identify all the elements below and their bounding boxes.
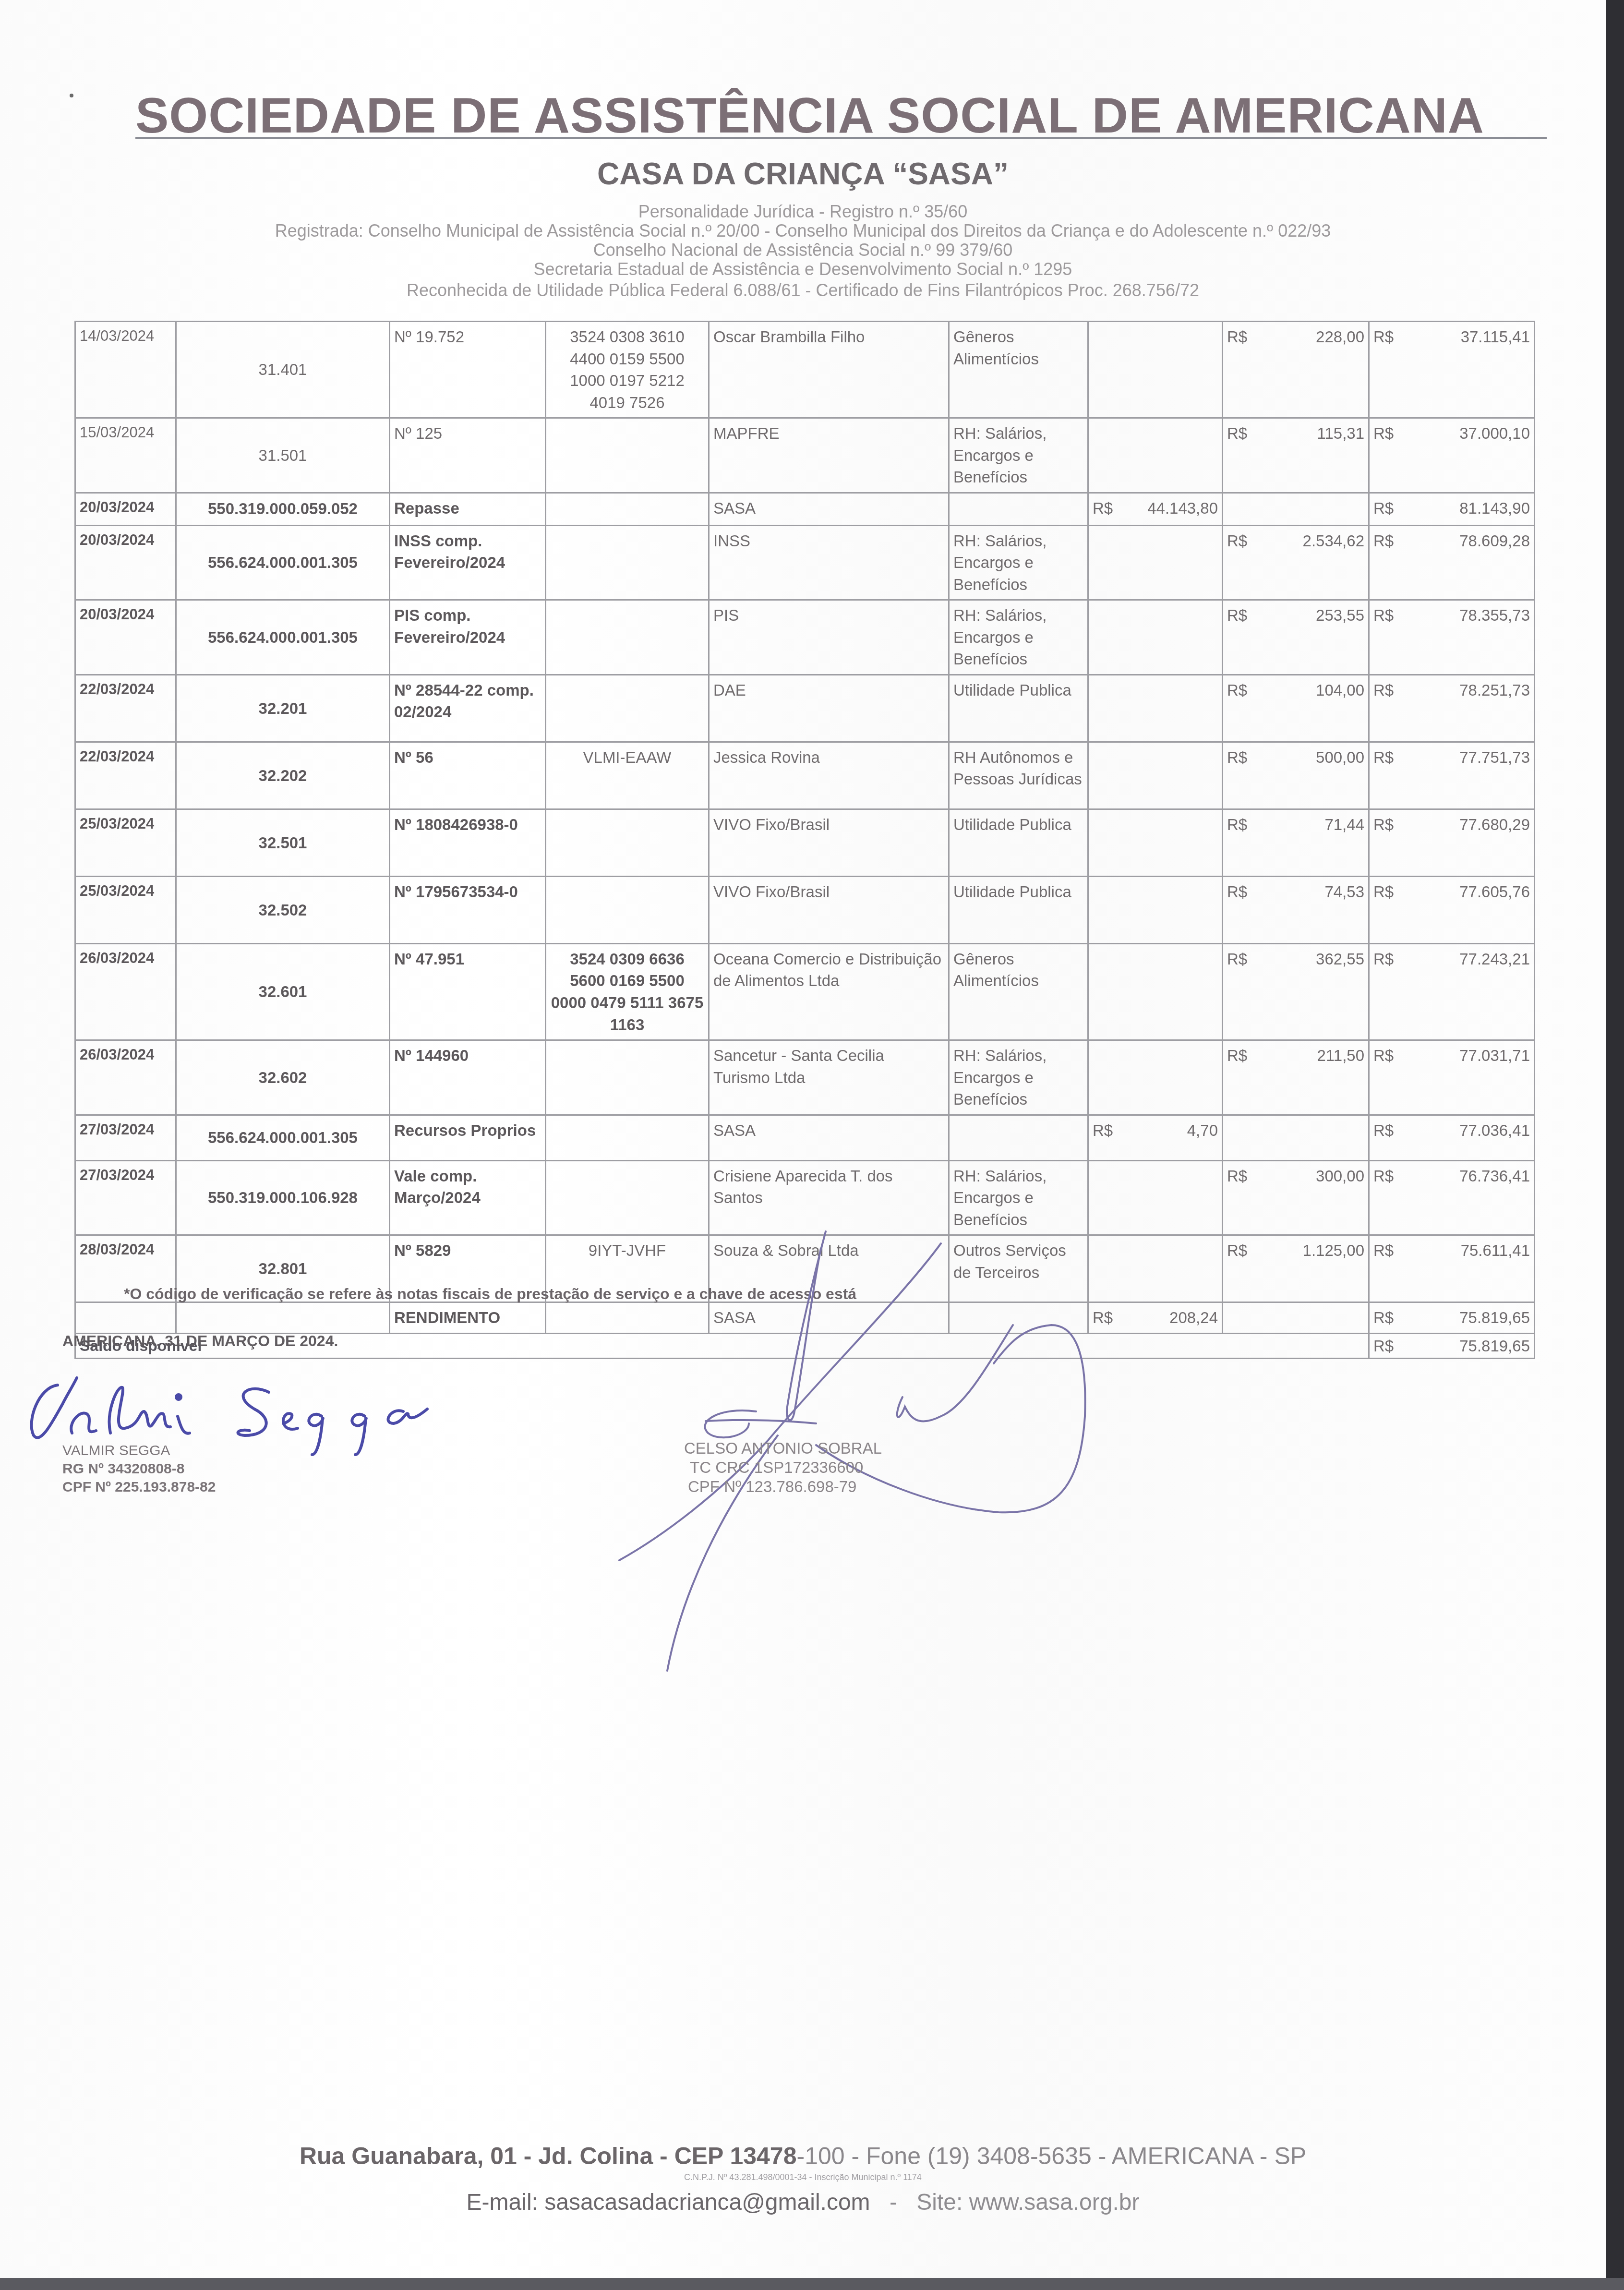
ledger-row: RENDIMENTOSASAR$208,24R$75.819,65 [75, 1302, 1535, 1334]
ledger-account: 32.201 [176, 675, 390, 742]
ledger-debit: R$115,31 [1223, 418, 1369, 493]
ledger-payee: SASA [709, 493, 949, 525]
ledger-row: 22/03/202432.201Nº 28544-22 comp. 02/202… [75, 675, 1535, 742]
registration-line: Registrada: Conselho Municipal de Assist… [0, 221, 1606, 241]
ledger-account: 32.601 [176, 943, 390, 1040]
ledger-access-key [546, 1302, 709, 1334]
ledger-credit: R$44.143,80 [1088, 493, 1223, 525]
currency-symbol: R$ [1373, 747, 1394, 769]
ledger-balance: R$78.609,28 [1369, 525, 1535, 600]
ledger-payee: Crisiene Aparecida T. dos Santos [709, 1160, 949, 1235]
ledger-document: Nº 56 [390, 742, 546, 809]
amount-value: 81.143,90 [1459, 497, 1530, 519]
amount-value: 1.125,00 [1303, 1240, 1364, 1262]
ledger-balance: R$77.680,29 [1369, 809, 1535, 876]
ledger-document: Recursos Proprios [390, 1115, 546, 1160]
ledger-access-key [546, 418, 709, 493]
amount-value: 362,55 [1316, 948, 1364, 970]
ledger-credit [1088, 600, 1223, 675]
currency-symbol: R$ [1373, 530, 1394, 552]
ledger-credit [1088, 876, 1223, 943]
amount-value: 74,53 [1324, 881, 1364, 903]
amount-value: 77.680,29 [1459, 814, 1530, 836]
ledger-payee: Oscar Brambilla Filho [709, 322, 949, 418]
ledger-category: RH: Salários, Encargos e Benefícios [949, 1160, 1088, 1235]
currency-symbol: R$ [1227, 1165, 1247, 1187]
ledger-document: Nº 125 [390, 418, 546, 493]
ledger-balance: R$37.115,41 [1369, 322, 1535, 418]
ledger-balance: R$77.031,71 [1369, 1040, 1535, 1115]
currency-symbol: R$ [1227, 679, 1247, 701]
ledger-balance: R$37.000,10 [1369, 418, 1535, 493]
amount-value: 4,70 [1187, 1120, 1218, 1142]
amount-value: 253,55 [1316, 604, 1364, 627]
ledger-document: Vale comp. Março/2024 [390, 1160, 546, 1235]
ledger-payee: INSS [709, 525, 949, 600]
footnote: *O código de verificação se refere às no… [124, 1285, 856, 1303]
scan-edge-right [1606, 0, 1624, 2290]
ledger-credit: R$4,70 [1088, 1115, 1223, 1160]
ledger-document: PIS comp. Fevereiro/2024 [390, 600, 546, 675]
currency-symbol: R$ [1373, 497, 1394, 519]
amount-value: 76.736,41 [1459, 1165, 1530, 1187]
ledger-document: RENDIMENTO [390, 1302, 546, 1334]
ledger-category: Outros Serviços de Terceiros [949, 1235, 1088, 1302]
ledger-debit: R$211,50 [1223, 1040, 1369, 1115]
ledger-balance: R$77.751,73 [1369, 742, 1535, 809]
footer-contact: E-mail: sasacasadacrianca@gmail.com - Si… [0, 2189, 1606, 2216]
ledger-balance: R$77.605,76 [1369, 876, 1535, 943]
ledger-table: 14/03/202431.401Nº 19.7523524 0308 3610 … [74, 321, 1535, 1359]
ledger-date [75, 1302, 176, 1334]
currency-symbol: R$ [1373, 422, 1394, 445]
ledger-account: 31.501 [176, 418, 390, 493]
ledger-debit [1223, 1115, 1369, 1160]
ledger-row: 20/03/2024556.624.000.001.305INSS comp. … [75, 525, 1535, 600]
currency-symbol: R$ [1093, 1307, 1113, 1329]
currency-symbol: R$ [1227, 326, 1247, 348]
amount-value: 77.751,73 [1459, 747, 1530, 769]
currency-symbol: R$ [1227, 747, 1247, 769]
saldo-value: R$75.819,65 [1369, 1333, 1535, 1359]
ledger-row: 25/03/202432.501Nº 1808426938-0VIVO Fixo… [75, 809, 1535, 876]
ledger-date: 14/03/2024 [75, 322, 176, 418]
organization-title: SOCIEDADE DE ASSISTÊNCIA SOCIAL DE AMERI… [135, 87, 1547, 145]
ledger-date: 22/03/2024 [75, 742, 176, 809]
ledger-debit: R$71,44 [1223, 809, 1369, 876]
ledger-row: 20/03/2024550.319.000.059.052RepasseSASA… [75, 493, 1535, 525]
ledger-category: RH Autônomos e Pessoas Jurídicas [949, 742, 1088, 809]
currency-symbol: R$ [1093, 1120, 1113, 1142]
ledger-credit: R$208,24 [1088, 1302, 1223, 1334]
amount-value: 2.534,62 [1303, 530, 1364, 552]
currency-symbol: R$ [1227, 422, 1247, 445]
ledger-debit: R$1.125,00 [1223, 1235, 1369, 1302]
ledger-credit [1088, 1160, 1223, 1235]
ledger-payee: Oceana Comercio e Distribuição de Alimen… [709, 943, 949, 1040]
amount-value: 77.605,76 [1459, 881, 1530, 903]
amount-value: 78.251,73 [1459, 679, 1530, 701]
currency-symbol: R$ [1373, 1165, 1394, 1187]
city-date: AMERICANA, 31 DE MARÇO DE 2024. [62, 1332, 338, 1350]
registration-line: Conselho Nacional de Assistência Social … [0, 240, 1606, 260]
currency-symbol: R$ [1227, 814, 1247, 836]
title-underline [135, 137, 1547, 139]
ledger-date: 25/03/2024 [75, 809, 176, 876]
amount-value: 75.611,41 [1461, 1240, 1530, 1262]
ledger-account: 550.319.000.059.052 [176, 493, 390, 525]
ledger-row: 25/03/202432.502Nº 1795673534-0VIVO Fixo… [75, 876, 1535, 943]
ledger-credit [1088, 675, 1223, 742]
ledger-access-key [546, 525, 709, 600]
registration-line: Secretaria Estadual de Assistência e Des… [0, 259, 1606, 279]
ledger-category: Gêneros Alimentícios [949, 943, 1088, 1040]
amount-value: 78.609,28 [1459, 530, 1530, 552]
registration-line: Reconhecida de Utilidade Pública Federal… [0, 280, 1606, 301]
ledger-payee: Sancetur - Santa Cecilia Turismo Ltda [709, 1040, 949, 1115]
ledger-debit: R$228,00 [1223, 322, 1369, 418]
currency-symbol: R$ [1373, 326, 1394, 348]
amount-value: 104,00 [1316, 679, 1364, 701]
ledger-credit [1088, 809, 1223, 876]
ledger-document: Nº 1808426938-0 [390, 809, 546, 876]
ledger-document: INSS comp. Fevereiro/2024 [390, 525, 546, 600]
ledger-debit: R$300,00 [1223, 1160, 1369, 1235]
ledger-category: RH: Salários, Encargos e Benefícios [949, 418, 1088, 493]
currency-symbol: R$ [1093, 497, 1113, 519]
ledger-category [949, 493, 1088, 525]
amount-value: 208,24 [1169, 1307, 1218, 1329]
ledger-payee: VIVO Fixo/Brasil [709, 809, 949, 876]
footer-site-link[interactable]: Site: www.sasa.org.br [916, 2190, 1139, 2215]
ledger-access-key [546, 600, 709, 675]
footer-separator: - [877, 2189, 910, 2216]
ledger-access-key: 3524 0308 3610 4400 0159 5500 1000 0197 … [546, 322, 709, 418]
ledger-account: 32.502 [176, 876, 390, 943]
ledger-document: Repasse [390, 493, 546, 525]
ledger-date: 20/03/2024 [75, 525, 176, 600]
ledger-account: 550.319.000.106.928 [176, 1160, 390, 1235]
registration-line: Personalidade Jurídica - Registro n.º 35… [0, 202, 1606, 222]
ledger-payee: Jessica Rovina [709, 742, 949, 809]
ledger-row: 14/03/202431.401Nº 19.7523524 0308 3610 … [75, 322, 1535, 418]
ledger-balance: R$77.243,21 [1369, 943, 1535, 1040]
ledger-date: 27/03/2024 [75, 1115, 176, 1160]
currency-symbol: R$ [1373, 679, 1394, 701]
ledger-payee: SASA [709, 1302, 949, 1334]
ledger-balance: R$76.736,41 [1369, 1160, 1535, 1235]
ledger-payee: VIVO Fixo/Brasil [709, 876, 949, 943]
ledger-category: Utilidade Publica [949, 876, 1088, 943]
ledger-debit: R$362,55 [1223, 943, 1369, 1040]
ledger-row: 27/03/2024550.319.000.106.928Vale comp. … [75, 1160, 1535, 1235]
ledger-access-key [546, 1160, 709, 1235]
amount-value: 71,44 [1324, 814, 1364, 836]
ledger-row: 27/03/2024556.624.000.001.305Recursos Pr… [75, 1115, 1535, 1160]
ledger-debit [1223, 1302, 1369, 1334]
currency-symbol: R$ [1227, 1045, 1247, 1067]
ledger-account: 32.202 [176, 742, 390, 809]
ledger-category: RH: Salários, Encargos e Benefícios [949, 600, 1088, 675]
scan-edge-bottom [0, 2278, 1624, 2290]
signatory-2-name: CELSO ANTONIO SOBRAL [684, 1439, 882, 1458]
signatory-2-cpf: CPF Nº 123.786.698-79 [688, 1478, 856, 1496]
ledger-balance: R$81.143,90 [1369, 493, 1535, 525]
ledger-date: 22/03/2024 [75, 675, 176, 742]
ledger-credit [1088, 418, 1223, 493]
ledger-account: 556.624.000.001.305 [176, 525, 390, 600]
currency-symbol: R$ [1227, 530, 1247, 552]
ledger-credit [1088, 1040, 1223, 1115]
ledger-row: 26/03/202432.601Nº 47.9513524 0309 6636 … [75, 943, 1535, 1040]
amount-value: 300,00 [1316, 1165, 1364, 1187]
ledger-row: 22/03/202432.202Nº 56VLMI-EAAWJessica Ro… [75, 742, 1535, 809]
amount-value: 228,00 [1316, 326, 1364, 348]
ledger-access-key [546, 876, 709, 943]
ledger-date: 26/03/2024 [75, 943, 176, 1040]
ledger-document: Nº 47.951 [390, 943, 546, 1040]
ledger-date: 26/03/2024 [75, 1040, 176, 1115]
ledger-account [176, 1302, 390, 1334]
ledger-credit [1088, 1235, 1223, 1302]
ledger-debit: R$2.534,62 [1223, 525, 1369, 600]
ledger-credit [1088, 943, 1223, 1040]
ledger-balance: R$78.251,73 [1369, 675, 1535, 742]
ledger-document: Nº 144960 [390, 1040, 546, 1115]
ledger-balance: R$75.819,65 [1369, 1302, 1535, 1334]
amount-value: 37.000,10 [1459, 422, 1530, 445]
ledger-balance: R$77.036,41 [1369, 1115, 1535, 1160]
scan-speck [70, 94, 73, 97]
currency-symbol: R$ [1227, 1240, 1247, 1262]
currency-symbol: R$ [1373, 1240, 1394, 1262]
organization-subtitle: CASA DA CRIANÇA “SASA” [0, 156, 1606, 192]
footer-address-rest: -100 - Fone (19) 3408-5635 - AMERICANA -… [796, 2143, 1306, 2169]
ledger-document: Nº 28544-22 comp. 02/2024 [390, 675, 546, 742]
ledger-document: Nº 19.752 [390, 322, 546, 418]
ledger-credit [1088, 322, 1223, 418]
amount-value: 44.143,80 [1147, 497, 1218, 519]
ledger-credit [1088, 525, 1223, 600]
ledger-debit: R$253,55 [1223, 600, 1369, 675]
signatory-1-name: VALMIR SEGGA [62, 1443, 170, 1459]
ledger-date: 20/03/2024 [75, 600, 176, 675]
ledger-credit [1088, 742, 1223, 809]
currency-symbol: R$ [1373, 1307, 1394, 1329]
ledger-account: 556.624.000.001.305 [176, 600, 390, 675]
ledger-category: RH: Salários, Encargos e Benefícios [949, 1040, 1088, 1115]
ledger-category [949, 1115, 1088, 1160]
amount-value: 211,50 [1317, 1045, 1364, 1067]
currency-symbol: R$ [1373, 604, 1394, 627]
ledger-category: Gêneros Alimentícios [949, 322, 1088, 418]
signatory-2-crc: TC CRC 1SP172336600 [690, 1458, 863, 1477]
currency-symbol: R$ [1373, 1045, 1394, 1067]
amount-value: 75.819,65 [1459, 1307, 1530, 1329]
ledger-payee: MAPFRE [709, 418, 949, 493]
currency-symbol: R$ [1373, 1335, 1394, 1357]
footer-email-label: E-mail: [467, 2190, 545, 2215]
ledger-payee: SASA [709, 1115, 949, 1160]
currency-symbol: R$ [1227, 948, 1247, 970]
ledger-account: 31.401 [176, 322, 390, 418]
amount-value: 77.036,41 [1459, 1120, 1530, 1142]
ledger-payee: DAE [709, 675, 949, 742]
signatory-1-rg: RG Nº 34320808-8 [62, 1461, 184, 1477]
ledger-payee: PIS [709, 600, 949, 675]
ledger-category: Utilidade Publica [949, 675, 1088, 742]
amount-value: 78.355,73 [1459, 604, 1530, 627]
amount-value: 115,31 [1317, 422, 1364, 445]
ledger-access-key [546, 1040, 709, 1115]
ledger-balance: R$78.355,73 [1369, 600, 1535, 675]
amount-value: 77.031,71 [1459, 1045, 1530, 1067]
currency-symbol: R$ [1373, 881, 1394, 903]
ledger-debit: R$104,00 [1223, 675, 1369, 742]
ledger-row: 26/03/202432.602Nº 144960Sancetur - Sant… [75, 1040, 1535, 1115]
ledger-category: Utilidade Publica [949, 809, 1088, 876]
ledger-access-key: VLMI-EAAW [546, 742, 709, 809]
ledger-debit: R$74,53 [1223, 876, 1369, 943]
currency-symbol: R$ [1373, 814, 1394, 836]
ledger-date: 20/03/2024 [75, 493, 176, 525]
amount-value: 75.819,65 [1459, 1335, 1530, 1357]
ledger-balance: R$75.611,41 [1369, 1235, 1535, 1302]
amount-value: 77.243,21 [1459, 948, 1530, 970]
footer-email-link[interactable]: sasacasadacrianca@gmail.com [544, 2190, 870, 2215]
ledger-account: 32.602 [176, 1040, 390, 1115]
amount-value: 37.115,41 [1461, 326, 1530, 348]
signatory-1-cpf: CPF Nº 225.193.878-82 [62, 1479, 216, 1495]
ledger-account: 556.624.000.001.305 [176, 1115, 390, 1160]
currency-symbol: R$ [1227, 881, 1247, 903]
amount-value: 500,00 [1316, 747, 1364, 769]
ledger-row: 20/03/2024556.624.000.001.305PIS comp. F… [75, 600, 1535, 675]
footer-address: Rua Guanabara, 01 - Jd. Colina - CEP 134… [0, 2142, 1606, 2170]
ledger-access-key: 3524 0309 6636 5600 0169 5500 0000 0479 … [546, 943, 709, 1040]
currency-symbol: R$ [1227, 604, 1247, 627]
ledger-debit [1223, 493, 1369, 525]
footer-cnpj: C.N.P.J. Nº 43.281.498/0001-34 - Inscriç… [0, 2172, 1606, 2182]
ledger-access-key [546, 675, 709, 742]
ledger-date: 15/03/2024 [75, 418, 176, 493]
ledger-row: 15/03/202431.501Nº 125MAPFRERH: Salários… [75, 418, 1535, 493]
ledger-debit: R$500,00 [1223, 742, 1369, 809]
currency-symbol: R$ [1373, 1120, 1394, 1142]
ledger-date: 25/03/2024 [75, 876, 176, 943]
footer-address-street: Rua Guanabara, 01 - Jd. Colina - CEP 134… [300, 2143, 797, 2169]
ledger-category [949, 1302, 1088, 1334]
ledger-date: 27/03/2024 [75, 1160, 176, 1235]
ledger-access-key [546, 809, 709, 876]
ledger-account: 32.501 [176, 809, 390, 876]
ledger-access-key [546, 493, 709, 525]
ledger-access-key [546, 1115, 709, 1160]
currency-symbol: R$ [1373, 948, 1394, 970]
ledger-category: RH: Salários, Encargos e Benefícios [949, 525, 1088, 600]
ledger-document: Nº 1795673534-0 [390, 876, 546, 943]
